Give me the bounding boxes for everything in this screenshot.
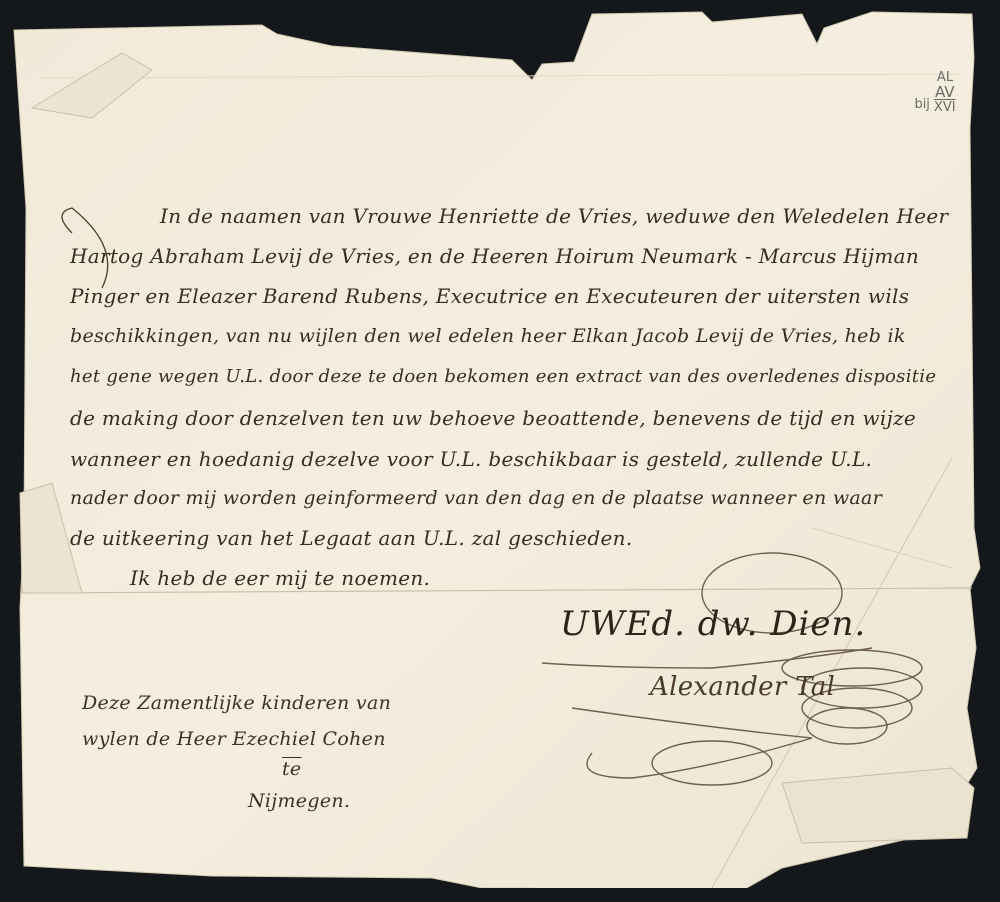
body-line-9: de uitkeering van het Legaat aan U.L. za… [70, 526, 633, 550]
archive-annotation-prefix: bij [914, 97, 929, 112]
address-line-3: te [282, 758, 301, 780]
address-line-2: wylen de Heer Ezechiel Cohen [82, 728, 386, 750]
address-line-4: Nijmegen. [248, 790, 350, 812]
signature: Alexander Tal [650, 672, 835, 702]
body-line-6: de making door denzelven ten uw behoeve … [70, 406, 916, 430]
body-line-2: Hartog Abraham Levij de Vries, en de Hee… [70, 244, 919, 268]
body-line-7: wanneer en hoedanig dezelve voor U.L. be… [70, 447, 872, 471]
address-line-1: Deze Zamentlijke kinderen van [82, 692, 391, 714]
body-line-4: beschikkingen, van nu wijlen den wel ede… [70, 325, 906, 347]
body-line-5: het gene wegen U.L. door deze te doen be… [70, 366, 936, 387]
archive-annotation: AL bij AV XVI [900, 70, 970, 115]
valediction: UWEd. dw. Dien. [560, 604, 866, 644]
archive-annotation-line2: AV [934, 85, 956, 100]
body-line-1: In de naamen van Vrouwe Henriette de Vri… [160, 204, 948, 228]
body-line-3: Pinger en Eleazer Barend Rubens, Executr… [70, 284, 909, 308]
body-line-8: nader door mij worden geinformeerd van d… [70, 487, 882, 509]
closing-line: Ik heb de eer mij te noemen. [130, 566, 430, 590]
document-scan: AL bij AV XVI In de naamen van Vrouwe He… [0, 0, 1000, 902]
archive-annotation-line3: XVI [934, 100, 956, 115]
